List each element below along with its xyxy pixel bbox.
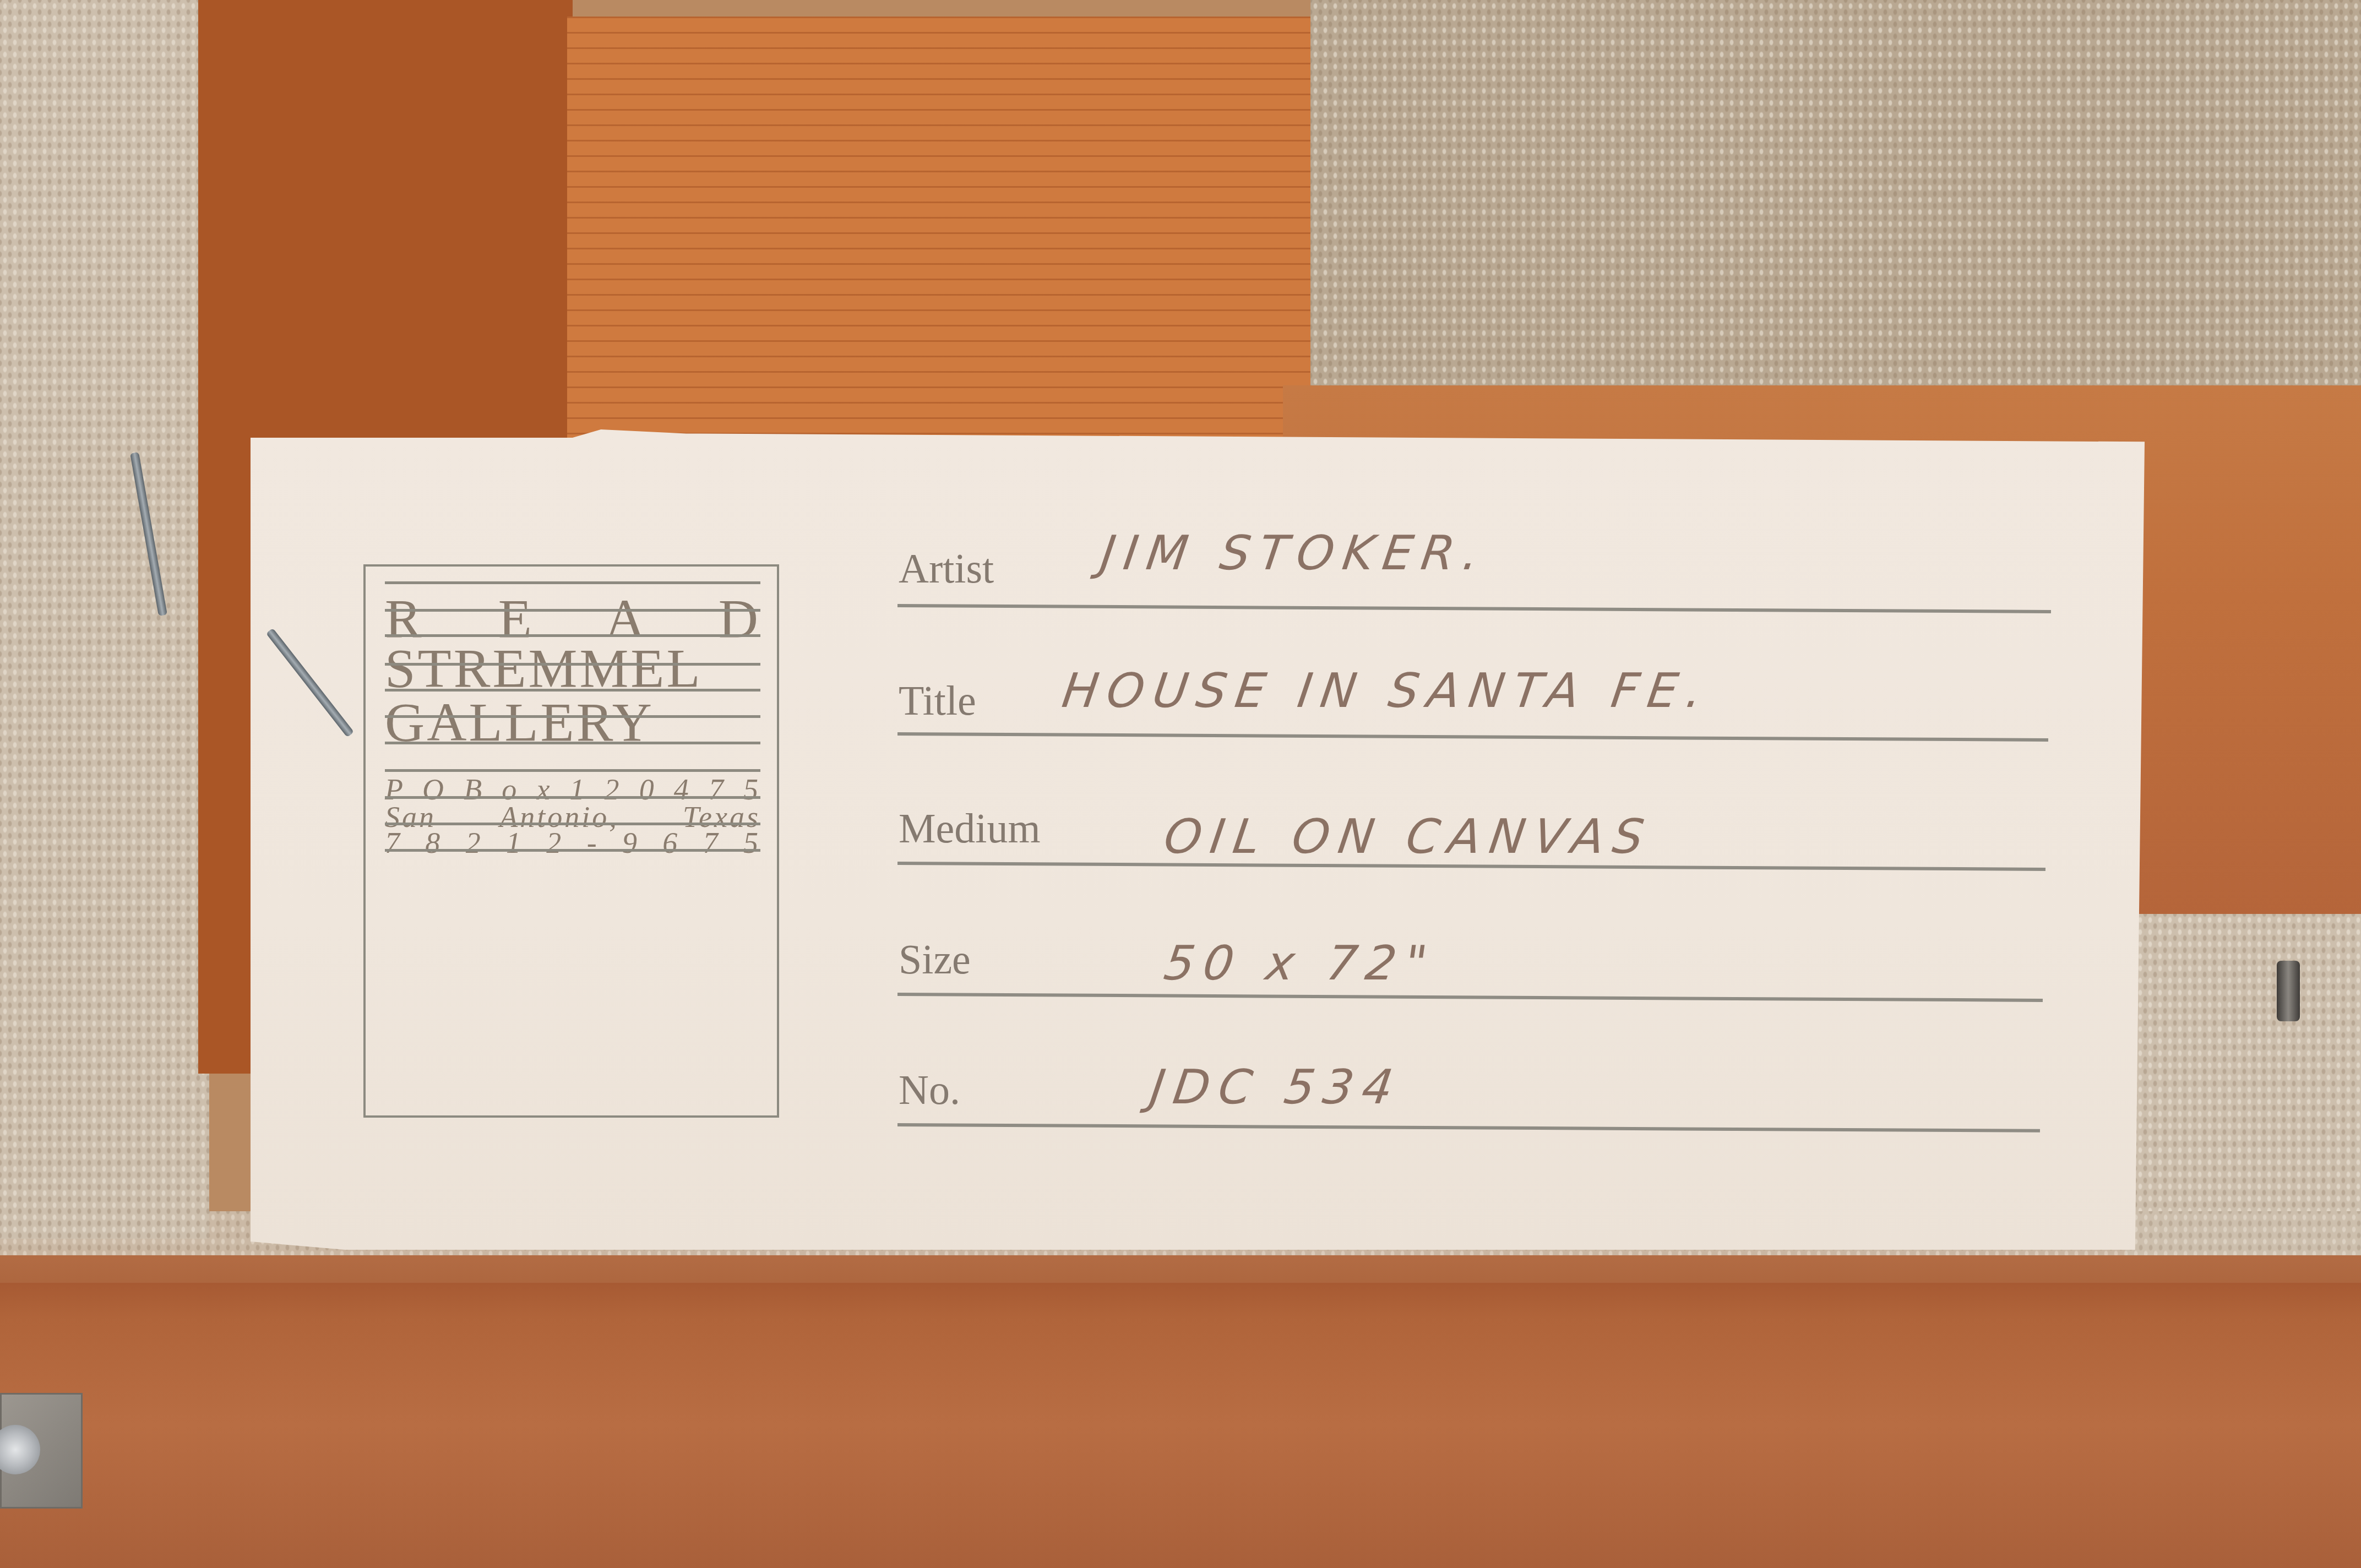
field-label-title: Title bbox=[899, 677, 976, 725]
field-label-artist: Artist bbox=[899, 545, 994, 593]
field-value-number: JDC 534 bbox=[1147, 1060, 1405, 1115]
field-label-size: Size bbox=[899, 936, 971, 984]
stretcher-bar-bottom bbox=[0, 1283, 2361, 1568]
field-value-size: 50 x 72" bbox=[1161, 936, 1439, 991]
screw-icon bbox=[0, 1425, 40, 1474]
gallery-logo: R E A D STREMMEL GALLERY P O B o x 1 2 0… bbox=[363, 564, 779, 1118]
field-value-artist: JIM STOKER. bbox=[1097, 526, 1491, 581]
field-label-number: No. bbox=[899, 1066, 960, 1114]
field-value-medium: OIL ON CANVAS bbox=[1161, 809, 1656, 864]
corner-key-block bbox=[567, 17, 1310, 446]
canvas-fold-right bbox=[2125, 914, 2361, 1255]
logo-address-zip: 7 8 2 1 2 - 9 6 7 5 bbox=[385, 826, 760, 859]
field-value-title: HOUSE IN SANTA FE. bbox=[1059, 663, 1714, 718]
field-label-medium: Medium bbox=[899, 805, 1041, 853]
canvas-linen-top-right bbox=[1310, 0, 2361, 396]
upholstery-tack bbox=[2277, 961, 2300, 1021]
canvas-linen-left bbox=[0, 0, 209, 1239]
metal-bracket bbox=[0, 1393, 83, 1509]
